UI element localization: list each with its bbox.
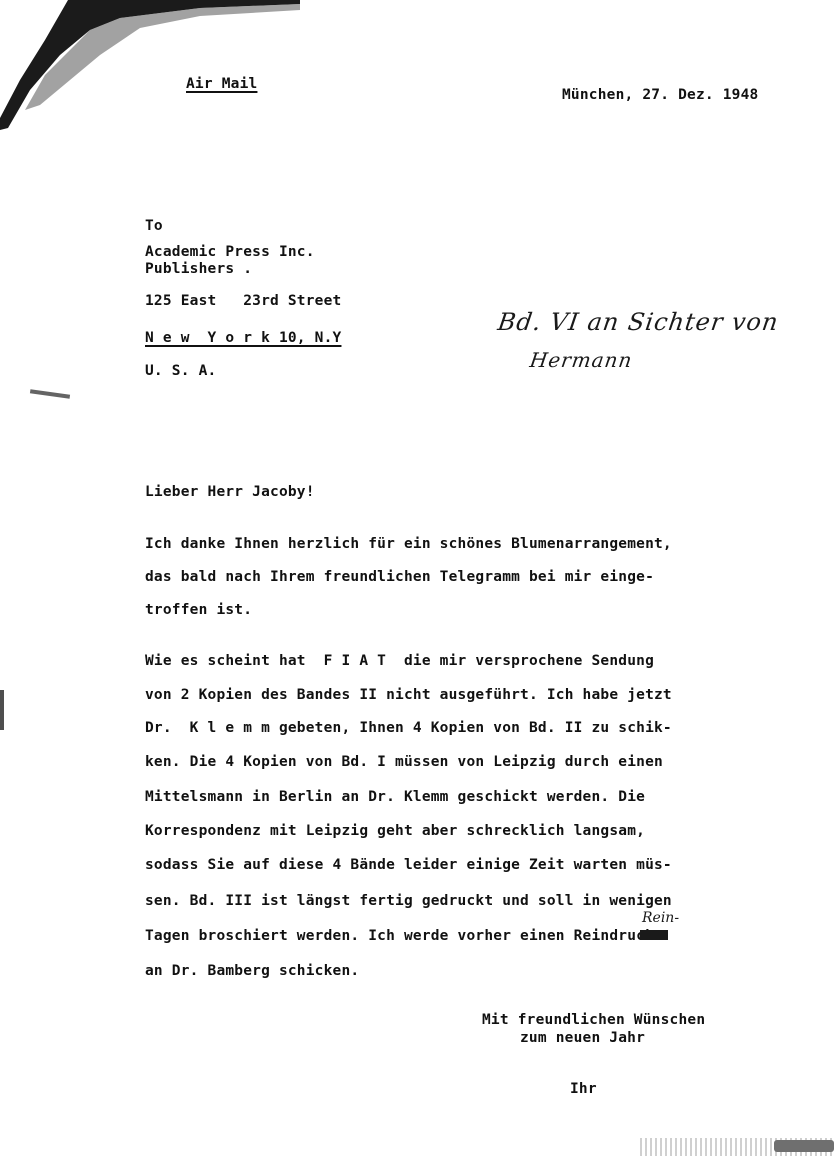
body-line: Mittelsmann in Berlin an Dr. Klemm gesch… [145, 790, 645, 805]
recipient-line: 125 East 23rd Street [145, 294, 341, 309]
body-line: Ich danke Ihnen herzlich für ein schönes… [145, 537, 672, 552]
typed-strikeout [640, 930, 668, 940]
body-line: Korrespondenz mit Leipzig geht aber schr… [145, 824, 645, 839]
mail-type-label: Air Mail [186, 77, 257, 92]
body-line: das bald nach Ihrem freundlichen Telegra… [145, 570, 654, 585]
handwritten-note-line2: Hermann [528, 348, 634, 372]
salutation: Lieber Herr Jacoby! [145, 485, 315, 500]
body-line: sen. Bd. III ist längst fertig gedruckt … [145, 894, 672, 909]
recipient-line: U. S. A. [145, 364, 216, 379]
recipient-line: Publishers . [145, 262, 252, 277]
letter-page: Air Mail München, 27. Dez. 1948 To Acade… [0, 0, 834, 1169]
scan-edge-mark [30, 389, 70, 399]
body-line: ken. Die 4 Kopien von Bd. I müssen von L… [145, 755, 663, 770]
scan-edge-mark [0, 690, 4, 730]
body-line: von 2 Kopien des Bandes II nicht ausgefü… [145, 688, 672, 703]
body-line: troffen ist. [145, 603, 252, 618]
handwritten-correction: Rein- [642, 910, 679, 926]
signature-residue [640, 1138, 834, 1156]
place-date: München, 27. Dez. 1948 [562, 88, 758, 103]
body-line: Dr. K l e m m gebeten, Ihnen 4 Kopien vo… [145, 721, 672, 736]
body-line: an Dr. Bamberg schicken. [145, 964, 359, 979]
scan-corner-shadow [0, 0, 300, 140]
body-line: Tagen broschiert werden. Ich werde vorhe… [145, 929, 654, 944]
handwritten-note-line1: Bd. VI an Sichter von [496, 308, 780, 336]
recipient-to-label: To [145, 219, 163, 234]
body-line: Wie es scheint hat F I A T die mir versp… [145, 654, 654, 669]
body-line: sodass Sie auf diese 4 Bände leider eini… [145, 858, 672, 873]
recipient-line: N e w Y o r k 10, N.Y [145, 331, 341, 346]
closing-line2: zum neuen Jahr [520, 1031, 645, 1046]
closing-signoff: Ihr [570, 1082, 597, 1097]
closing-line1: Mit freundlichen Wünschen [482, 1013, 705, 1028]
recipient-line: Academic Press Inc. [145, 245, 315, 260]
